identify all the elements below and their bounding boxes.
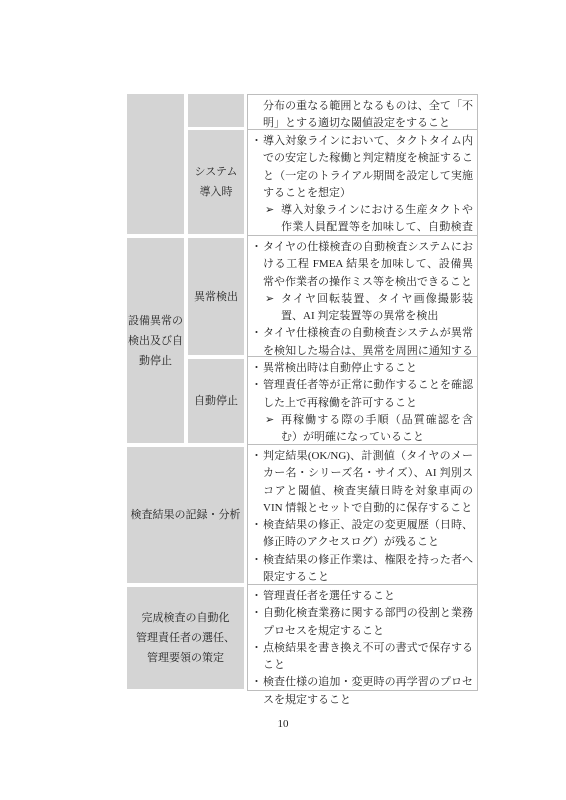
page-number: 10: [0, 718, 566, 730]
requirement-item: ・タイヤの仕様検査の自動検査システムにおける工程 FMEA 結果を加味して、設備…: [250, 239, 473, 291]
requirement-item: ・自動化検査業務に関する部門の役割と業務プロセスを規定すること: [250, 605, 473, 640]
bullet-marker-icon: ・: [251, 517, 262, 534]
requirements-cell-system-intro: ・導入対象ラインにおいて、タクトタイム内での安定した稼働と判定精度を検証すること…: [247, 130, 478, 236]
requirement-text: 検査仕様の追加・変更時の再学習のプロセスを規定すること: [263, 676, 473, 705]
requirement-text: タイヤの仕様検査の自動検査システムにおける工程 FMEA 結果を加味して、設備異…: [263, 241, 473, 288]
requirements-cell-anomaly-detection: ・タイヤの仕様検査の自動検査システムにおける工程 FMEA 結果を加味して、設備…: [247, 236, 478, 357]
requirement-item: ➢再稼働する際の手順（品質確認を含む）が明確になっていること: [250, 412, 473, 447]
requirement-text: 検査結果の修正作業は、権限を持った者へ限定すること: [263, 554, 473, 583]
requirement-text: 点検結果を書き換え不可の書式で保存すること: [263, 642, 473, 671]
requirements-cell-inspection-records: ・判定結果(OK/NG)、計測値（タイヤのメーカー名・シリーズ名・サイズ）、AI…: [247, 445, 478, 585]
subcategory-cell-anomaly-detection: 異常検出: [188, 238, 244, 355]
category-cell-final-inspection-management: 完成検査の自動化 管理責任者の選任、 管理要領の策定: [127, 587, 244, 689]
requirement-text: 分布の重なる範囲となるものは、全て「不明」とする適切な閾値設定をすること: [263, 100, 473, 129]
bullet-marker-icon: ・: [251, 239, 262, 256]
subcategory-cell-system-intro: システム 導入時: [188, 130, 244, 234]
requirement-text: 管理責任者を選任すること: [263, 590, 395, 602]
requirement-text: 導入対象ラインにおいて、タクトタイム内での安定した稼働と判定精度を検証すること（…: [263, 135, 473, 199]
bullet-marker-icon: ・: [251, 377, 262, 394]
requirement-item: ・点検結果を書き換え不可の書式で保存すること: [250, 640, 473, 675]
bullet-marker-icon: ・: [251, 605, 262, 622]
bullet-marker-icon: ・: [251, 448, 262, 465]
subcategory-cell-auto-stop: 自動停止: [188, 359, 244, 443]
requirement-item: ➢タイヤ回転装置、タイヤ画像撮影装置、AI 判定装置等の異常を検出: [250, 291, 473, 326]
requirement-item: 分布の重なる範囲となるものは、全て「不明」とする適切な閾値設定をすること: [250, 98, 473, 133]
category-cell-empty-continuation: [127, 94, 184, 234]
requirement-item: ・検査仕様の追加・変更時の再学習のプロセスを規定すること: [250, 674, 473, 709]
category-cell-inspection-records: 検査結果の記録・分析: [127, 447, 244, 583]
requirement-item: ・検査結果の修正作業は、権限を持った者へ限定すること: [250, 552, 473, 587]
bullet-marker-icon: ・: [251, 674, 262, 691]
bullet-marker-icon: ・: [251, 588, 262, 605]
bullet-marker-icon: ・: [251, 133, 262, 150]
requirement-item: ・異常検出時は自動停止すること: [250, 360, 473, 377]
requirement-text: 管理責任者等が正常に動作することを確認した上で再稼働を許可すること: [263, 379, 473, 408]
requirement-text: 検査結果の修正、設定の変更履歴（日時、修正時のアクセスログ）が残ること: [263, 519, 473, 548]
requirement-item: ・検査結果の修正、設定の変更履歴（日時、修正時のアクセスログ）が残ること: [250, 517, 473, 552]
requirements-cell-final-inspection-management: ・管理責任者を選任すること・自動化検査業務に関する部門の役割と業務プロセスを規定…: [247, 585, 478, 691]
arrow-marker-icon: ➢: [265, 291, 274, 308]
bullet-marker-icon: ・: [251, 360, 262, 377]
requirement-item: ・導入対象ラインにおいて、タクトタイム内での安定した稼働と判定精度を検証すること…: [250, 133, 473, 202]
requirement-text: 再稼働する際の手順（品質確認を含む）が明確になっていること: [281, 414, 473, 443]
requirement-text: 判定結果(OK/NG)、計測値（タイヤのメーカー名・シリーズ名・サイズ）、AI …: [263, 450, 473, 514]
bullet-marker-icon: ・: [251, 552, 262, 569]
requirement-text: 異常検出時は自動停止すること: [263, 362, 417, 374]
subcategory-cell-empty: [188, 94, 244, 127]
requirement-item: ・判定結果(OK/NG)、計測値（タイヤのメーカー名・シリーズ名・サイズ）、AI…: [250, 448, 473, 517]
requirement-item: ・管理責任者を選任すること: [250, 588, 473, 605]
arrow-marker-icon: ➢: [265, 202, 274, 219]
requirement-text: 自動化検査業務に関する部門の役割と業務プロセスを規定すること: [263, 607, 473, 636]
document-page: 設備異常の 検出及び自 動停止 システム 導入時 異常検出 自動停止 検査結果の…: [0, 0, 566, 800]
requirement-item: ・管理責任者等が正常に動作することを確認した上で再稼働を許可すること: [250, 377, 473, 412]
requirements-cell-threshold: 分布の重なる範囲となるものは、全て「不明」とする適切な閾値設定をすること: [247, 94, 478, 130]
requirements-cell-auto-stop: ・異常検出時は自動停止すること・管理責任者等が正常に動作することを確認した上で再…: [247, 357, 478, 445]
bullet-marker-icon: ・: [251, 640, 262, 657]
category-cell-equipment-anomaly: 設備異常の 検出及び自 動停止: [127, 238, 184, 443]
requirement-text: タイヤ回転装置、タイヤ画像撮影装置、AI 判定装置等の異常を検出: [281, 293, 473, 322]
arrow-marker-icon: ➢: [265, 412, 274, 429]
bullet-marker-icon: ・: [251, 325, 262, 342]
